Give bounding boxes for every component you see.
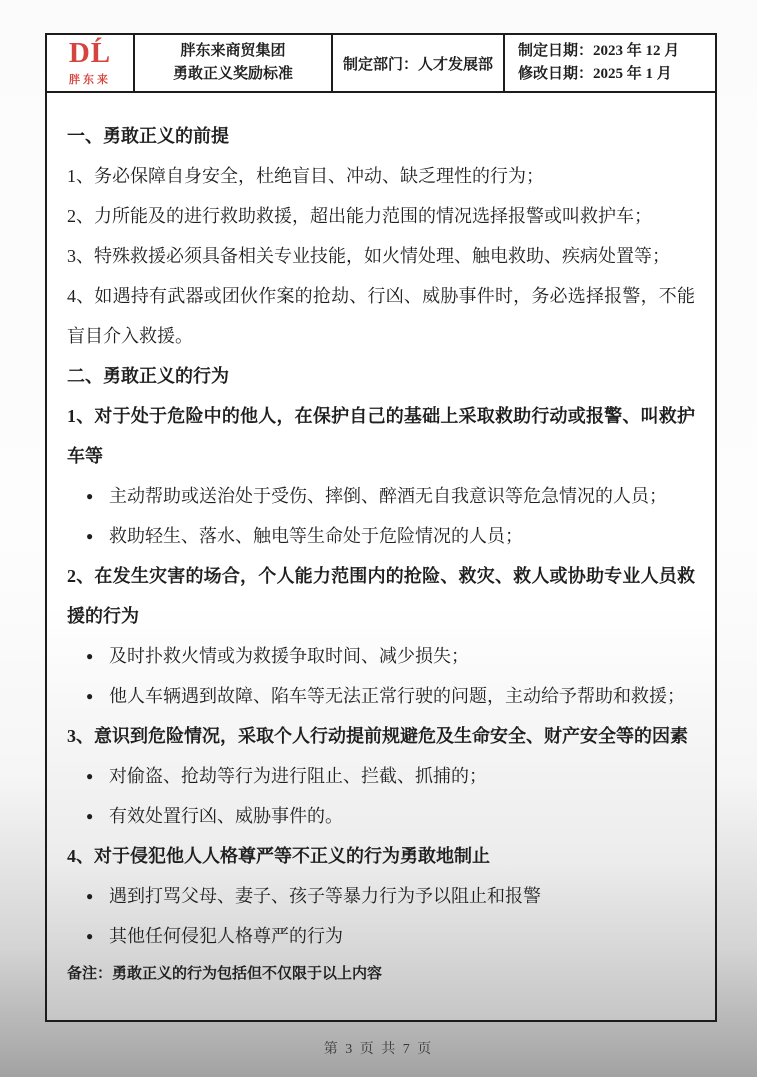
section-heading-2: 二、勇敢正义的行为 [67,356,695,396]
numbered-item: 2、在发生灾害的场合，个人能力范围内的抢险、救灾、救人或协助专业人员救援的行为 [67,556,695,636]
numbered-item: 1、对于处于危险中的他人，在保护自己的基础上采取救助行动或报警、叫救护车等 [67,396,695,476]
bullet-item: ● 遇到打骂父母、妻子、孩子等暴力行为予以阻止和报警 [67,876,695,916]
page-number: 第 3 页 共 7 页 [0,1038,757,1058]
bullet-item: ● 其他任何侵犯人格尊严的行为 [67,916,695,956]
bullet-item: ● 主动帮助或送治处于受伤、摔倒、醉酒无自我意识等危急情况的人员； [67,476,695,516]
bullet-icon: ● [86,796,93,836]
bullet-text: 及时扑救火情或为救援争取时间、减少损失； [109,646,469,666]
bullet-text: 其他任何侵犯人格尊严的行为 [109,926,343,946]
org-name: 胖东来商贸集团 [137,40,329,63]
bullet-text: 对偷盗、抢劫等行为进行阻止、拦截、抓捕的； [109,766,487,786]
numbered-item: 3、意识到危险情况，采取个人行动提前规避危及生命安全、财产安全等的因素 [67,716,695,756]
dates-cell: 制定日期：2023 年 12 月 修改日期：2025 年 1 月 [505,35,715,91]
bullet-icon: ● [86,756,93,796]
document-title-cell: 胖东来商贸集团 勇敢正义奖励标准 [135,35,333,91]
bullet-icon: ● [86,476,93,516]
company-logo: DĹ 胖东来 [47,35,135,91]
logo-company-name: 胖东来 [69,71,111,87]
logo-dl-mark: DĹ [69,39,111,68]
paragraph: 4、如遇持有武器或团伙作案的抢劫、行凶、威胁事件时，务必选择报警，不能盲目介入救… [67,276,695,356]
modified-date: 修改日期：2025 年 1 月 [518,63,715,86]
created-date: 制定日期：2023 年 12 月 [518,40,715,63]
section-heading-1: 一、勇敢正义的前提 [67,116,695,156]
bullet-text: 他人车辆遇到故障、陷车等无法正常行驶的问题，主动给予帮助和救援； [109,686,685,706]
bullet-icon: ● [86,916,93,956]
remark-note: 备注：勇敢正义的行为包括但不仅限于以上内容 [67,956,695,992]
bullet-item: ● 对偷盗、抢劫等行为进行阻止、拦截、抓捕的； [67,756,695,796]
bullet-item: ● 及时扑救火情或为救援争取时间、减少损失； [67,636,695,676]
numbered-item: 4、对于侵犯他人人格尊严等不正义的行为勇敢地制止 [67,836,695,876]
doc-title: 勇敢正义奖励标准 [137,63,329,86]
bullet-item: ● 他人车辆遇到故障、陷车等无法正常行驶的问题，主动给予帮助和救援； [67,676,695,716]
bullet-text: 救助轻生、落水、触电等生命处于危险情况的人员； [109,526,523,546]
bullet-icon: ● [86,676,93,716]
bullet-text: 主动帮助或送治处于受伤、摔倒、醉酒无自我意识等危急情况的人员； [109,486,667,506]
bullet-item: ● 有效处置行凶、威胁事件的。 [67,796,695,836]
document-body: 一、勇敢正义的前提 1、务必保障自身安全，杜绝盲目、冲动、缺乏理性的行为； 2、… [47,93,715,1020]
bullet-icon: ● [86,516,93,556]
paragraph: 2、力所能及的进行救助救援，超出能力范围的情况选择报警或叫救护车； [67,196,695,236]
document-sheet: DĹ 胖东来 胖东来商贸集团 勇敢正义奖励标准 制定部门：人才发展部 制定日期：… [45,33,717,1022]
department-cell: 制定部门：人才发展部 [333,35,505,91]
bullet-item: ● 救助轻生、落水、触电等生命处于危险情况的人员； [67,516,695,556]
paragraph: 1、务必保障自身安全，杜绝盲目、冲动、缺乏理性的行为； [67,156,695,196]
header-table: DĹ 胖东来 胖东来商贸集团 勇敢正义奖励标准 制定部门：人才发展部 制定日期：… [47,35,715,93]
bullet-icon: ● [86,876,93,916]
bullet-icon: ● [86,636,93,676]
paragraph: 3、特殊救援必须具备相关专业技能，如火情处理、触电救助、疾病处置等； [67,236,695,276]
department-label: 制定部门：人才发展部 [343,53,493,74]
bullet-text: 有效处置行凶、威胁事件的。 [109,806,343,826]
bullet-text: 遇到打骂父母、妻子、孩子等暴力行为予以阻止和报警 [109,886,541,906]
